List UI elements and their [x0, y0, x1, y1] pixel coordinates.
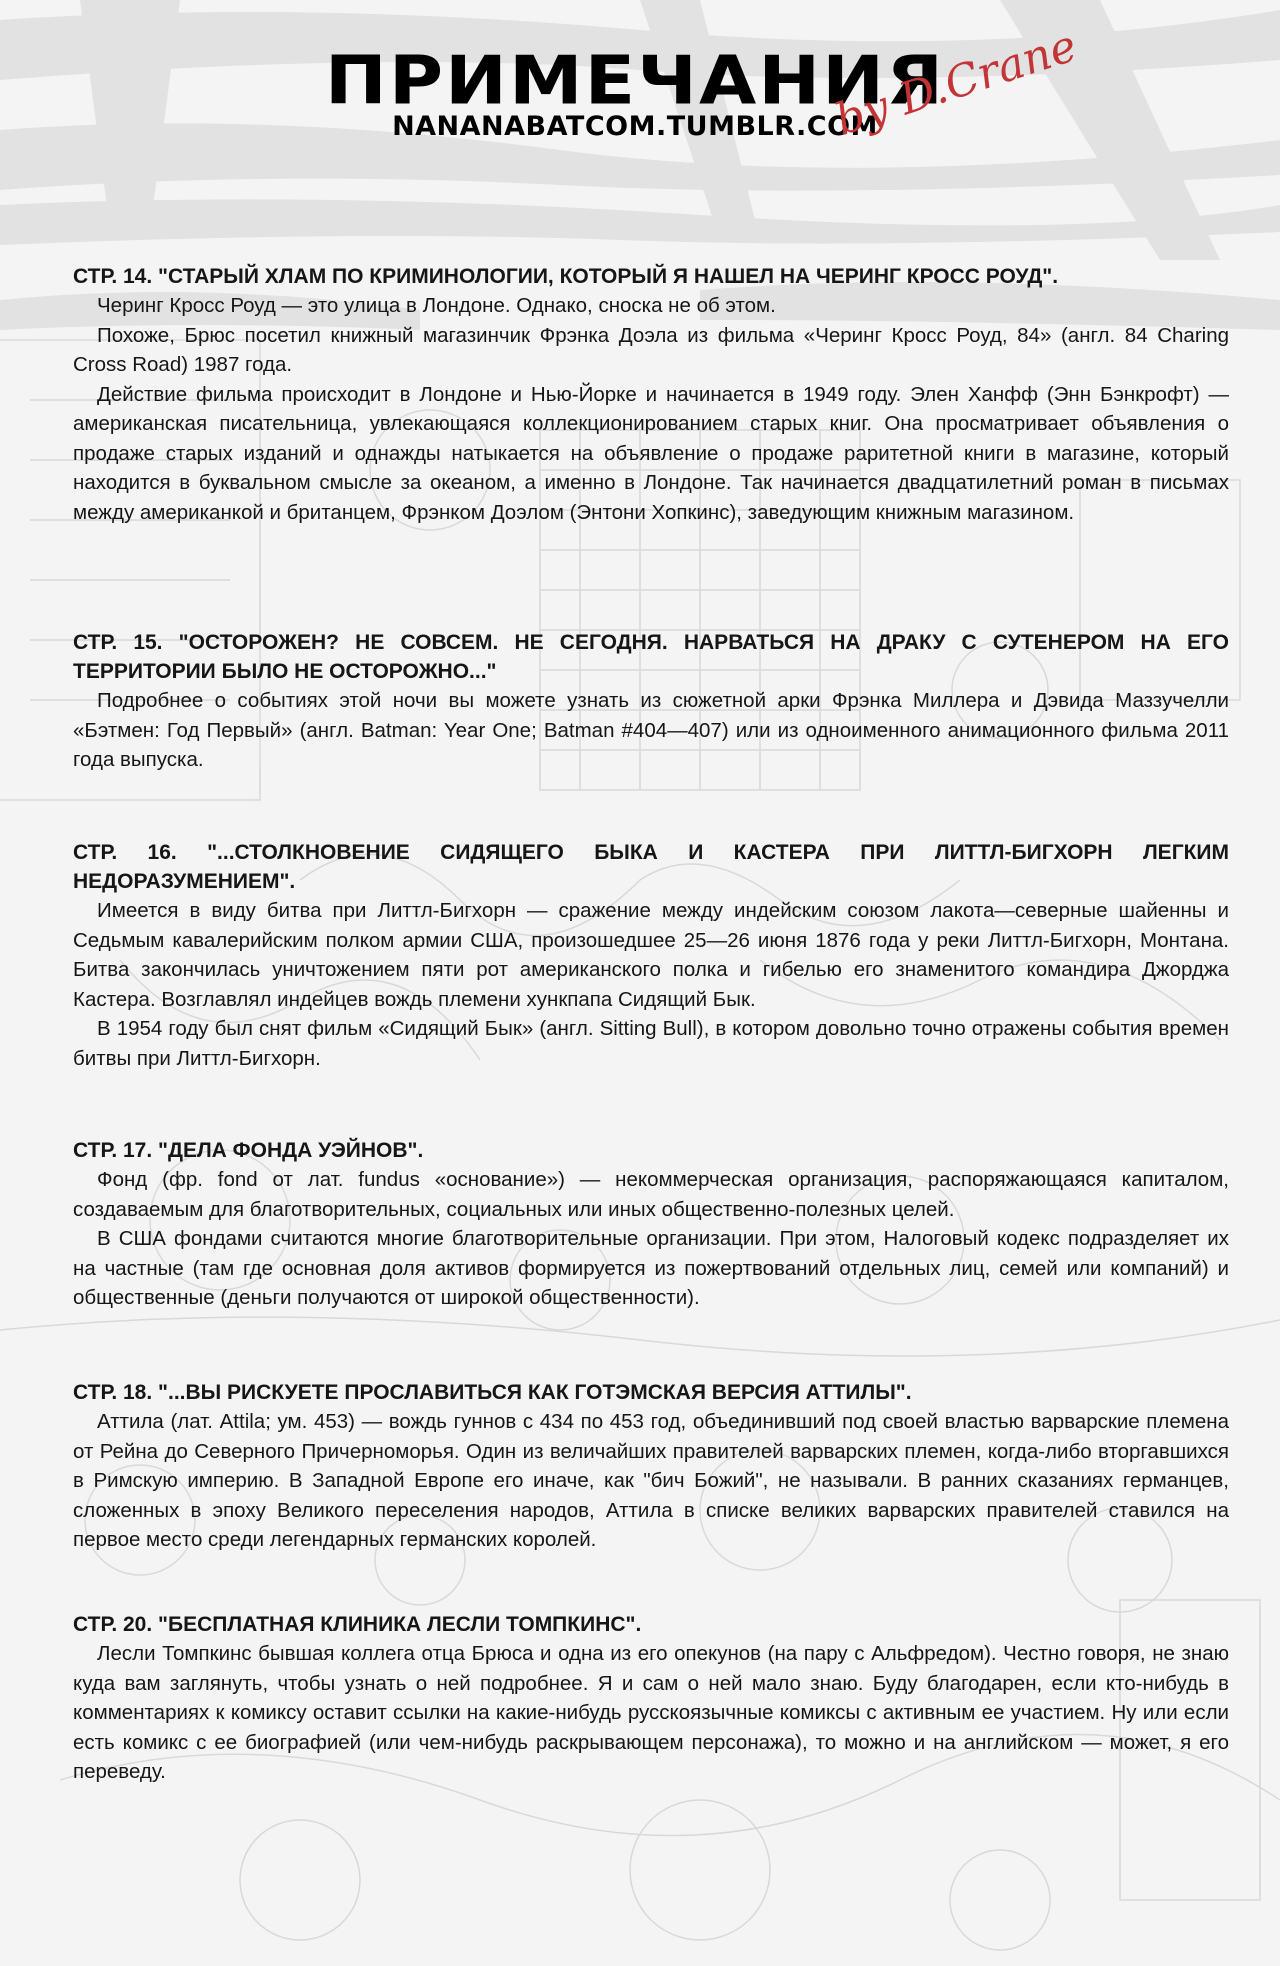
note-section: СТР. 20. "БЕСПЛАТНАЯ КЛИНИКА ЛЕСЛИ ТОМПК…	[73, 1610, 1229, 1787]
note-section: СТР. 15. "ОСТОРОЖЕН? НЕ СОВСЕМ. НЕ СЕГОД…	[73, 628, 1229, 775]
note-paragraph: Похоже, Брюс посетил книжный магазинчик …	[73, 321, 1229, 380]
note-paragraph: Лесли Томпкинс бывшая коллега отца Брюса…	[73, 1639, 1229, 1787]
note-section: СТР. 16. "...СТОЛКНОВЕНИЕ СИДЯЩЕГО БЫКА …	[73, 838, 1229, 1073]
note-heading: СТР. 20. "БЕСПЛАТНАЯ КЛИНИКА ЛЕСЛИ ТОМПК…	[73, 1610, 1229, 1639]
note-heading: СТР. 14. "СТАРЫЙ ХЛАМ ПО КРИМИНОЛОГИИ, К…	[73, 262, 1229, 291]
note-paragraph: Аттила (лат. Attila; ум. 453) — вождь гу…	[73, 1407, 1229, 1555]
note-paragraph: Имеется в виду битва при Литтл-Бигхорн —…	[73, 896, 1229, 1014]
note-paragraph: Действие фильма происходит в Лондоне и Н…	[73, 380, 1229, 528]
note-paragraph: Черинг Кросс Роуд — это улица в Лондоне.…	[73, 291, 1229, 321]
note-paragraph: Подробнее о событиях этой ночи вы можете…	[73, 686, 1229, 775]
note-heading: СТР. 15. "ОСТОРОЖЕН? НЕ СОВСЕМ. НЕ СЕГОД…	[73, 628, 1229, 686]
note-section: СТР. 17. "ДЕЛА ФОНДА УЭЙНОВ". Фонд (фр. …	[73, 1136, 1229, 1313]
page-header: ПРИМЕЧАНИЯ NANANABATCOM.TUMBLR.COM by D.…	[0, 0, 1280, 220]
note-paragraph: В США фондами считаются многие благотвор…	[73, 1224, 1229, 1313]
note-paragraph: Фонд (фр. fond от лат. fundus «основание…	[73, 1165, 1229, 1224]
note-section: СТР. 18. "...ВЫ РИСКУЕТЕ ПРОСЛАВИТЬСЯ КА…	[73, 1378, 1229, 1555]
note-heading: СТР. 18. "...ВЫ РИСКУЕТЕ ПРОСЛАВИТЬСЯ КА…	[73, 1378, 1229, 1407]
note-section: СТР. 14. "СТАРЫЙ ХЛАМ ПО КРИМИНОЛОГИИ, К…	[73, 262, 1229, 527]
note-heading: СТР. 17. "ДЕЛА ФОНДА УЭЙНОВ".	[73, 1136, 1229, 1165]
note-heading: СТР. 16. "...СТОЛКНОВЕНИЕ СИДЯЩЕГО БЫКА …	[73, 838, 1229, 896]
note-paragraph: В 1954 году был снят фильм «Сидящий Бык»…	[73, 1014, 1229, 1073]
source-url: NANANABATCOM.TUMBLR.COM	[370, 111, 900, 143]
